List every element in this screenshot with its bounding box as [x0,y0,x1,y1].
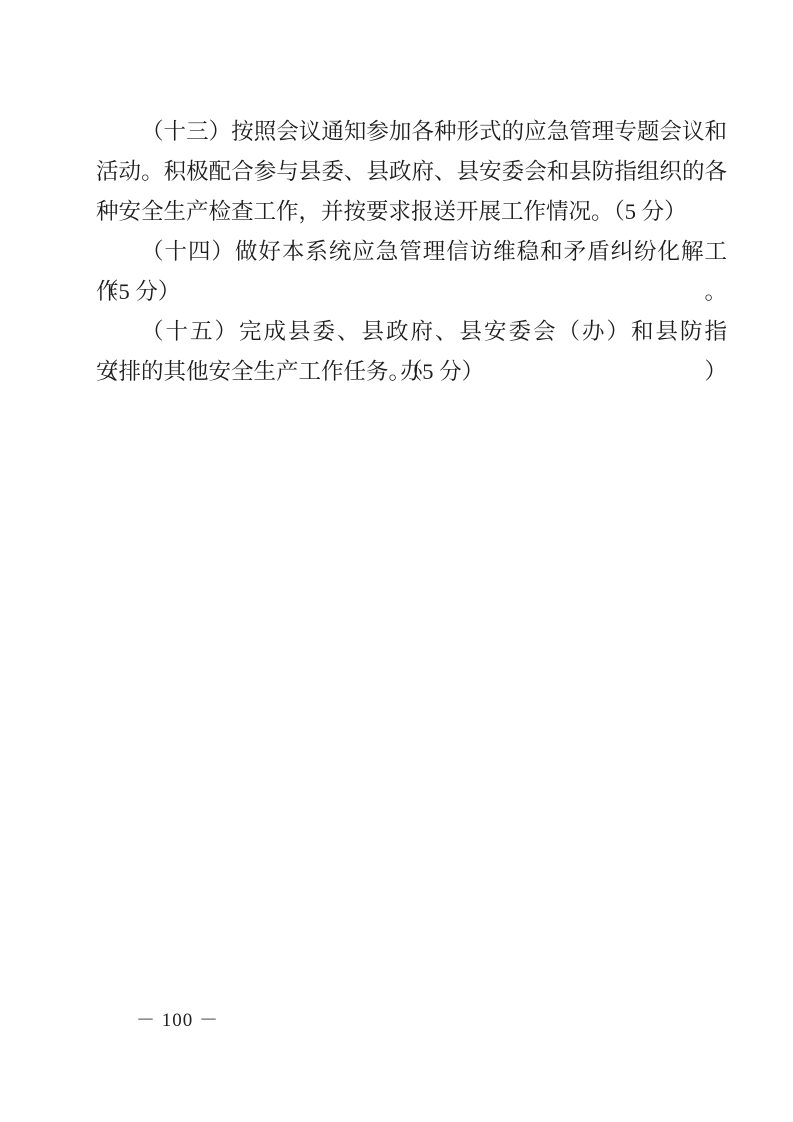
page-number: － 100 － [136,1008,219,1034]
text-line: （十四）做好本系统应急管理信访维稳和矛盾纠纷化解工作。 [96,232,727,272]
document-body: （十三）按照会议通知参加各种形式的应急管理专题会议和活动。积极配合参与县委、县政… [96,112,727,392]
text-line: （十五）完成县委、县政府、县安委会（办）和县防指（办） [96,312,727,352]
text-line: 活动。积极配合参与县委、县政府、县安委会和县防指组织的各 [96,152,727,192]
text-line: 种安全生产检查工作，并按要求报送开展工作情况。（5 分） [96,192,727,232]
text-line: （十三）按照会议通知参加各种形式的应急管理专题会议和 [96,112,727,152]
document-page: （十三）按照会议通知参加各种形式的应急管理专题会议和活动。积极配合参与县委、县政… [0,0,793,1122]
